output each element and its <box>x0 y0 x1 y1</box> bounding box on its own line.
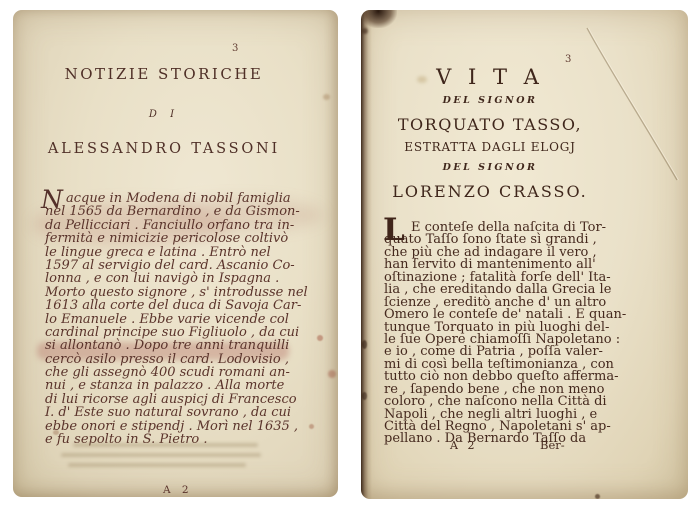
right-byline: DEL SIGNOR <box>361 162 619 173</box>
text-line: lo Emanuele . Ebbe varie vicende col <box>45 313 333 326</box>
left-page: 3 NOTIZIE STORICHE D I ALESSANDRO TASSON… <box>13 10 338 497</box>
text-line: fermità e nimicizie pericolose coltivò <box>45 232 333 245</box>
text-line: le lingue greca e latina . Entrò nel <box>45 246 333 259</box>
show-through <box>68 463 246 467</box>
left-title: NOTIZIE STORICHE <box>13 65 315 83</box>
text-line: nui , e stanza in palazzo . Alla morte <box>45 379 333 392</box>
edge-mark <box>362 340 367 349</box>
book-photo: 3 NOTIZIE STORICHE D I ALESSANDRO TASSON… <box>0 0 700 525</box>
left-page-body: N acque in Modena di nobil famiglia nel … <box>45 192 333 446</box>
text-line: nel 1565 da Bernardino , e da Gismon- <box>45 205 333 218</box>
left-signature-mark: A 2 <box>163 484 193 496</box>
text-line: I. d' Este suo natural sovrano , da cui <box>45 406 333 419</box>
text-line: che gli assegnò 400 scudi romani an- <box>45 366 333 379</box>
text-line: 1597 al servigio del card. Ascanio Co- <box>45 259 333 272</box>
right-name: TORQUATO TASSO, <box>361 115 619 134</box>
catchword: Ber- <box>540 438 565 452</box>
right-page: 3 V I T A DEL SIGNOR TORQUATO TASSO, EST… <box>361 10 688 499</box>
left-page-number: 3 <box>232 43 238 54</box>
corner-stain <box>363 10 397 28</box>
text-line: lonna , e con lui navigò in Ispagna . <box>45 272 333 285</box>
right-subtitle: ESTRATTA DAGLI ELOGJ <box>361 140 619 154</box>
corner-stain-dot <box>362 28 368 34</box>
edge-mark <box>362 392 367 400</box>
right-body-lines: quato Taſſo ſono ſtate sì grandi ,che pi… <box>384 234 670 445</box>
left-drop-cap: N <box>41 185 63 214</box>
right-signature-mark: A 2 <box>450 439 477 452</box>
left-di: D I <box>13 109 315 120</box>
stain-spot <box>323 94 330 100</box>
right-author: LORENZO CRASSO. <box>361 182 619 201</box>
right-drop-cap: L <box>383 212 405 248</box>
text-line: di lui ricorse agli auspicj di Francesco <box>45 393 333 406</box>
text-line: Morto questo signore , s' introdusse nel <box>45 286 333 299</box>
left-body-lines: nel 1565 da Bernardino , e da Gismon-da … <box>45 205 333 433</box>
text-line: cercò asilo presso il card. Lodovisio , <box>45 353 333 366</box>
stain-spot <box>595 494 600 499</box>
text-line: acque in Modena di nobil famiglia <box>45 192 333 205</box>
right-title: V I T A <box>361 65 619 89</box>
text-line: 1613 alla corte del duca di Savoja Car- <box>45 299 333 312</box>
right-byline: DEL SIGNOR <box>361 95 619 106</box>
show-through <box>61 453 261 457</box>
text-line: ebbe onori e stipendj . Morì nel 1635 , <box>45 420 333 433</box>
text-line: pellano . Da Bernardo Taſſo da <box>384 433 670 445</box>
text-line: si allontanò . Dopo tre anni tranquilli <box>45 339 333 352</box>
text-line: da Pellicciari . Fanciullo orfano tra in… <box>45 219 333 232</box>
left-author: ALESSANDRO TASSONI <box>13 141 315 157</box>
text-line: e fu sepolto in S. Pietro . <box>45 433 333 446</box>
text-line: cardinal principe suo Figliuolo , da cui <box>45 326 333 339</box>
right-page-body: L E conteſe della naſcita di Tor- quato … <box>384 222 670 446</box>
right-page-number: 3 <box>565 54 571 65</box>
